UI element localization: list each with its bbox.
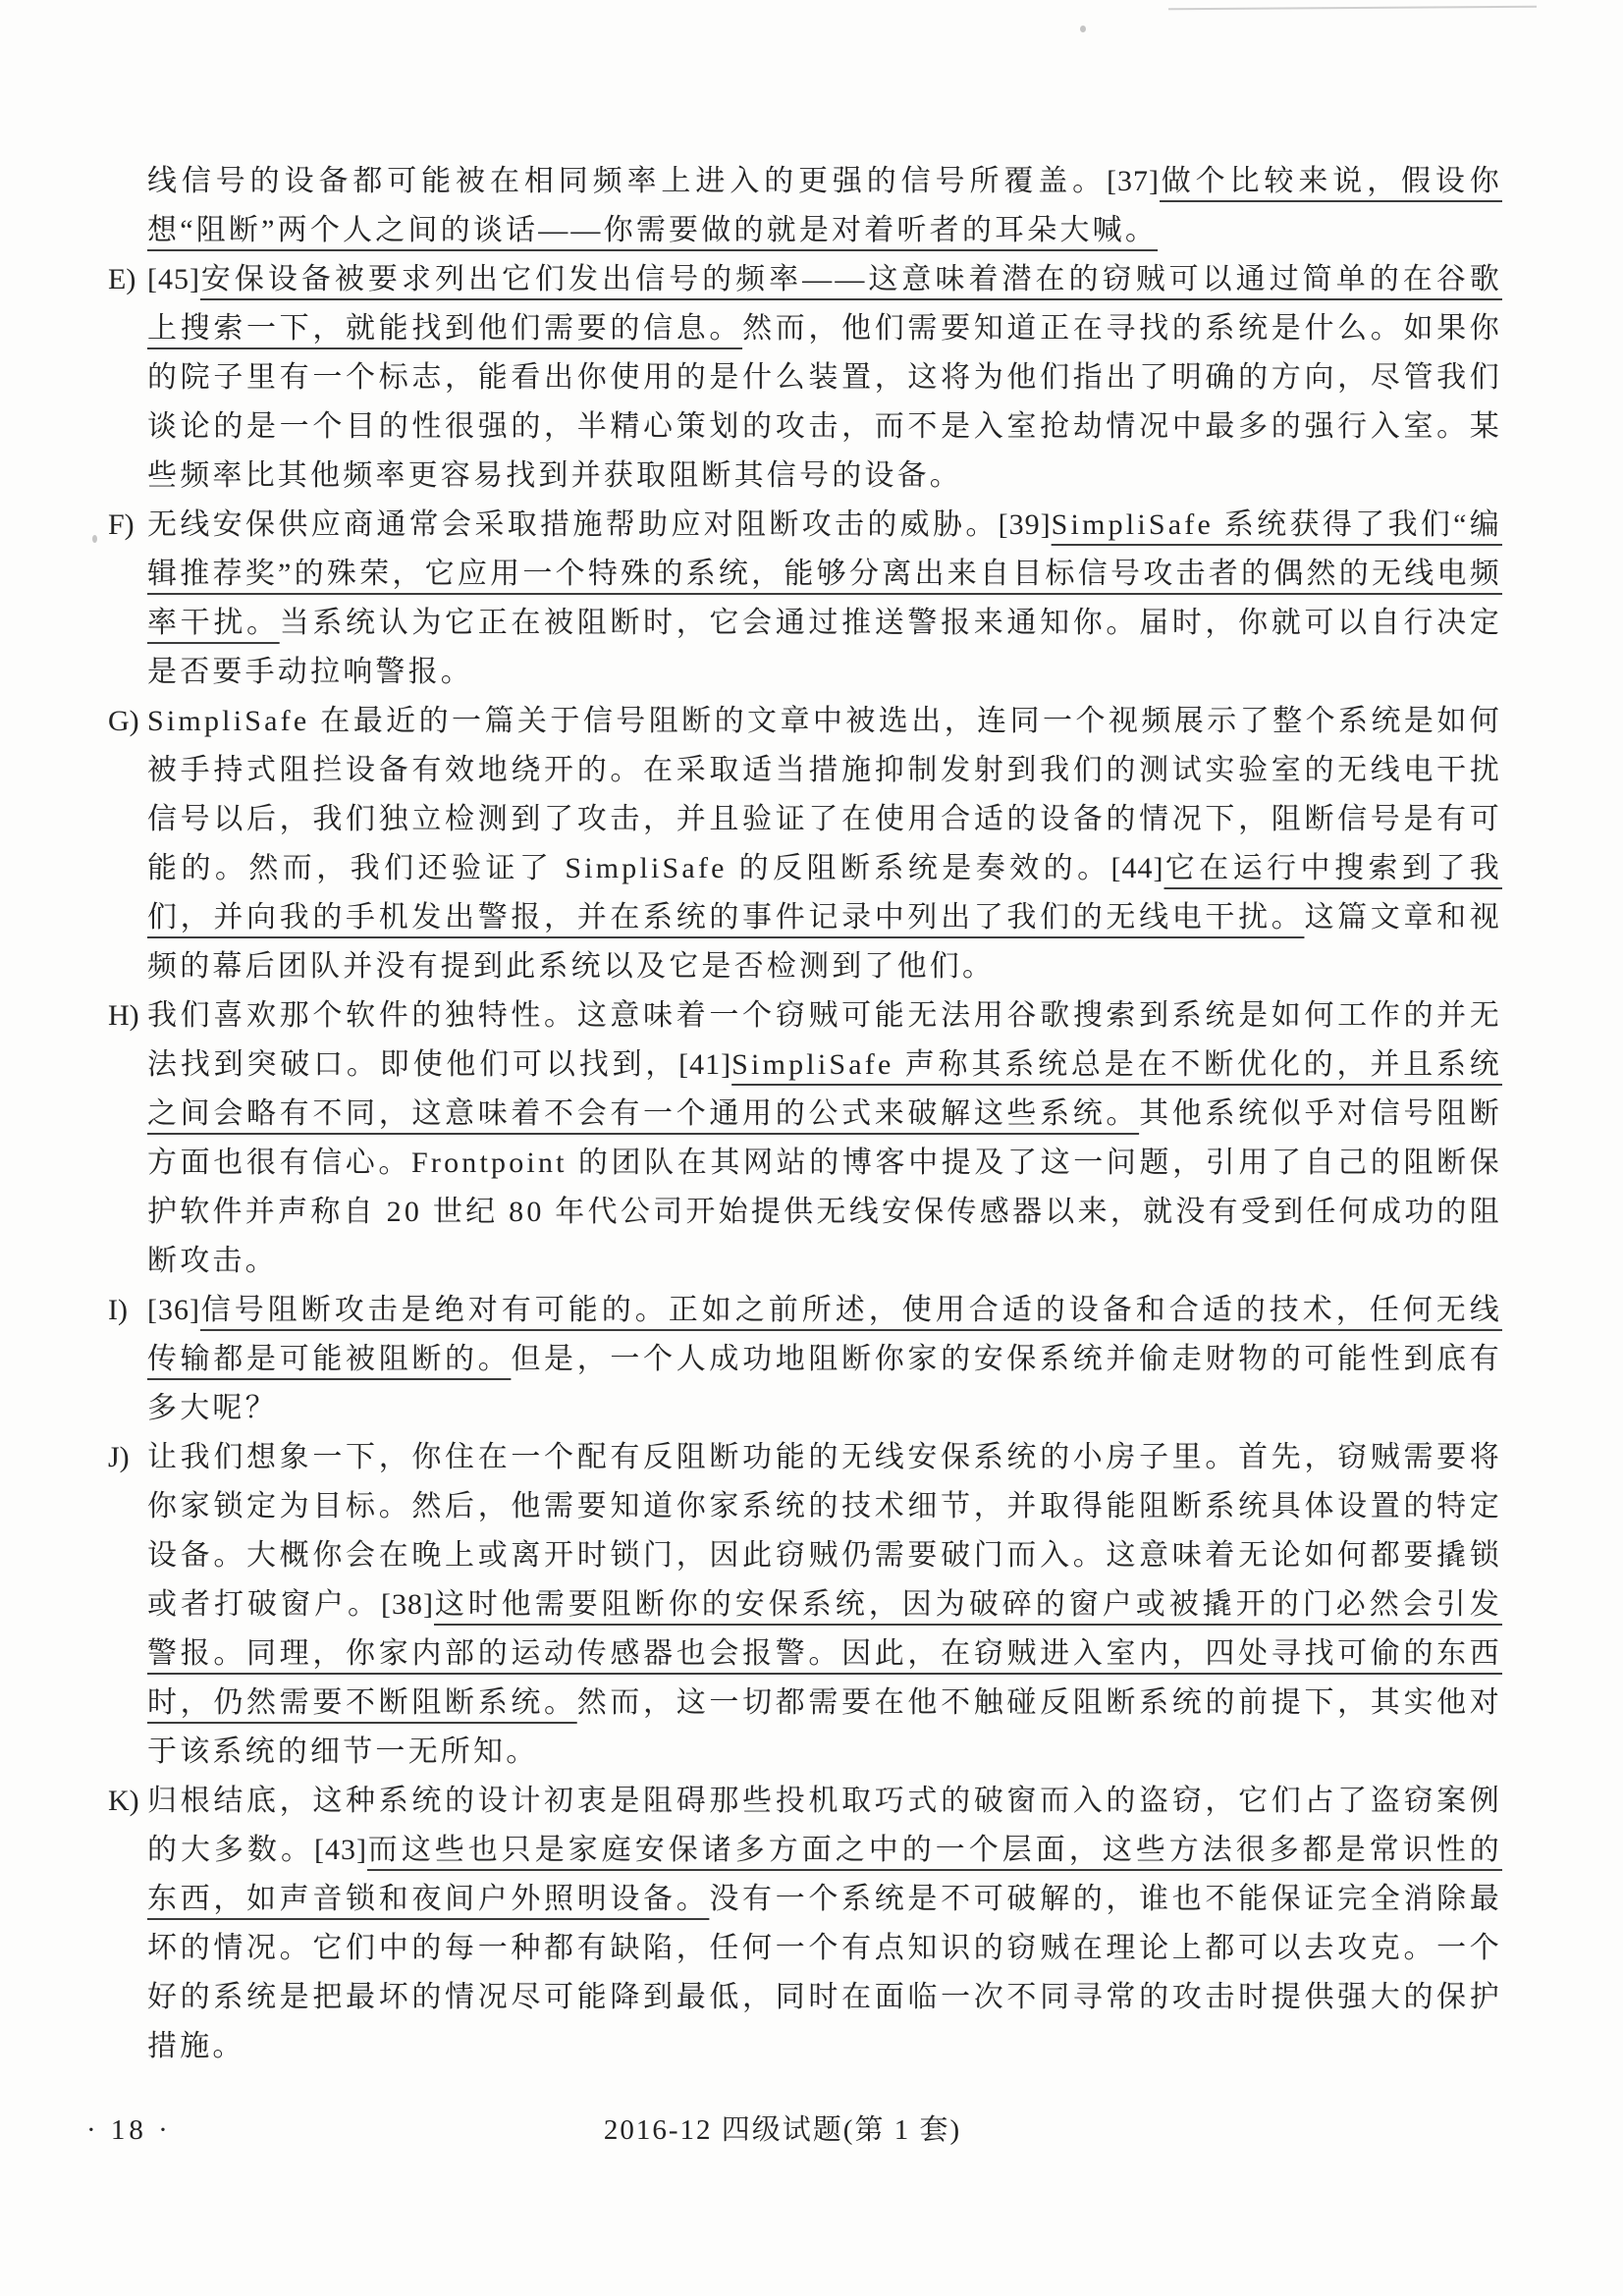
paragraph: I)[36]信号阻断攻击是绝对有可能的。正如之前所述，使用合适的设备和合适的技术… <box>147 1286 1502 1433</box>
text-segment: 无线安保供应商通常会采取措施帮助应对阻断攻击的威胁。 <box>147 508 999 541</box>
paragraph: E)[45]安保设备被要求列出它们发出信号的频率——这意味着潜在的窃贼可以通过简… <box>147 255 1502 501</box>
document-page: 线信号的设备都可能被在相同频率上进入的更强的信号所覆盖。[37]做个比较来说，假… <box>0 0 1623 2296</box>
question-number-marker: [37] <box>1107 165 1160 197</box>
scan-artifact-dot <box>1080 26 1086 32</box>
paragraph: H)我们喜欢那个软件的独特性。这意味着一个窃贼可能无法用谷歌搜索到系统是如何工作… <box>147 991 1502 1286</box>
paragraph: F)无线安保供应商通常会采取措施帮助应对阻断攻击的威胁。[39]SimpliSa… <box>147 501 1502 697</box>
paragraph: 线信号的设备都可能被在相同频率上进入的更强的信号所覆盖。[37]做个比较来说，假… <box>147 157 1502 255</box>
paragraph-label: K) <box>108 1777 139 1826</box>
scan-artifact-streak <box>1168 6 1537 11</box>
paragraph-label: G) <box>108 697 139 746</box>
text-segment: 线信号的设备都可能被在相同频率上进入的更强的信号所覆盖。 <box>147 165 1107 197</box>
paragraph-label: E) <box>108 255 135 304</box>
paragraph-label: J) <box>108 1433 130 1482</box>
scan-artifact-dot <box>92 535 97 543</box>
paragraph: J)让我们想象一下，你住在一个配有反阻断功能的无线安保系统的小房子里。首先，窃贼… <box>147 1433 1502 1777</box>
paragraph-label: I) <box>108 1286 128 1335</box>
question-number-marker: [39] <box>999 508 1052 541</box>
paragraph: K)归根结底，这种系统的设计初衷是阻碍那些投机取巧式的破窗而入的盗窃，它们占了盗… <box>147 1777 1502 2071</box>
page-footer: · 18 · 2016-12 四级试题(第 1 套) <box>0 2110 1623 2160</box>
paragraph-label: H) <box>108 991 139 1041</box>
footer-title: 2016-12 四级试题(第 1 套) <box>0 2110 1565 2150</box>
passage-translation-body: 线信号的设备都可能被在相同频率上进入的更强的信号所覆盖。[37]做个比较来说，假… <box>147 157 1502 2071</box>
paragraph: G)SimpliSafe 在最近的一篇关于信号阻断的文章中被选出，连同一个视频展… <box>147 697 1502 991</box>
paragraph-label: F) <box>108 501 135 550</box>
question-number-marker: [45] <box>147 263 200 295</box>
question-number-marker: [36] <box>147 1294 200 1326</box>
question-number-marker: [38] <box>381 1588 434 1621</box>
text-segment: 当系统认为它正在被阻断时，它会通过推送警报来通知你。届时，你就可以自行决定是否要… <box>147 607 1502 688</box>
question-number-marker: [41] <box>678 1048 731 1081</box>
question-number-marker: [44] <box>1111 852 1164 884</box>
question-number-marker: [43] <box>314 1834 367 1866</box>
